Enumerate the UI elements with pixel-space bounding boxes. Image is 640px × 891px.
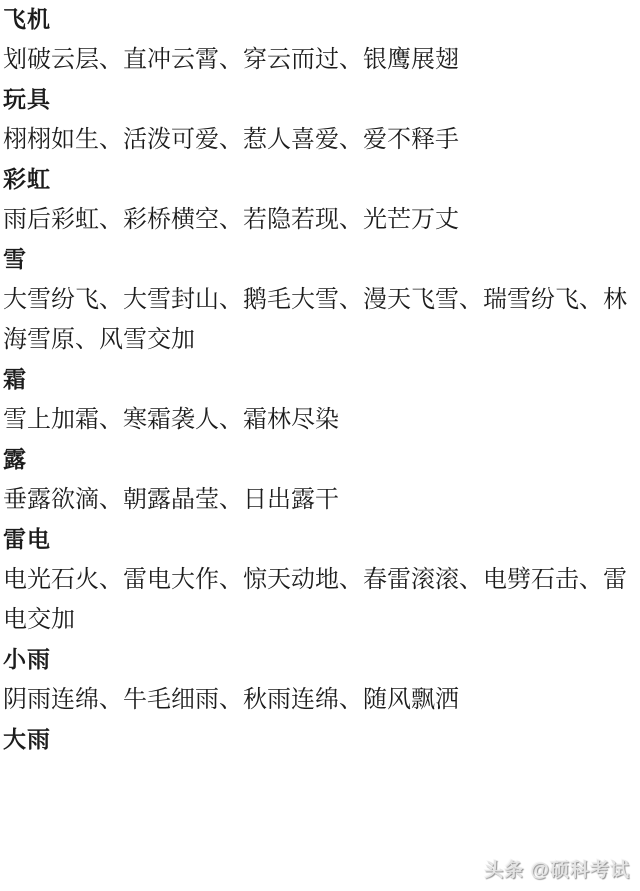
section-wanju: 玩具 栩栩如生、活泼可爱、惹人喜爱、爱不释手 — [3, 80, 635, 160]
section-leidian: 雷电 电光石火、雷电大作、惊天动地、春雷滚滚、电劈石击、雷电交加 — [3, 520, 635, 640]
section-phrases: 电光石火、雷电大作、惊天动地、春雷滚滚、电劈石击、雷电交加 — [3, 560, 635, 640]
section-heading: 露 — [3, 440, 635, 480]
section-heading: 霜 — [3, 360, 635, 400]
section-shuang: 霜 雪上加霜、寒霜袭人、霜林尽染 — [3, 360, 635, 440]
section-feiji: 飞机 划破云层、直冲云霄、穿云而过、银鹰展翅 — [3, 0, 635, 80]
section-heading: 飞机 — [3, 0, 635, 40]
document-page: 飞机 划破云层、直冲云霄、穿云而过、银鹰展翅 玩具 栩栩如生、活泼可爱、惹人喜爱… — [0, 0, 640, 891]
section-xiaoyu: 小雨 阴雨连绵、牛毛细雨、秋雨连绵、随风飘洒 — [3, 640, 635, 720]
section-dayu: 大雨 — [3, 720, 635, 760]
section-heading: 雪 — [3, 240, 635, 280]
section-phrases: 大雪纷飞、大雪封山、鹅毛大雪、漫天飞雪、瑞雪纷飞、林海雪原、风雪交加 — [3, 280, 635, 360]
watermark: 头条 @硕科考试 — [484, 855, 630, 882]
section-phrases: 阴雨连绵、牛毛细雨、秋雨连绵、随风飘洒 — [3, 680, 635, 720]
section-caihong: 彩虹 雨后彩虹、彩桥横空、若隐若现、光芒万丈 — [3, 160, 635, 240]
section-phrases: 雨后彩虹、彩桥横空、若隐若现、光芒万丈 — [3, 200, 635, 240]
section-heading: 雷电 — [3, 520, 635, 560]
section-phrases: 划破云层、直冲云霄、穿云而过、银鹰展翅 — [3, 40, 635, 80]
section-heading: 玩具 — [3, 80, 635, 120]
section-heading: 大雨 — [3, 720, 635, 760]
section-heading: 彩虹 — [3, 160, 635, 200]
section-lu: 露 垂露欲滴、朝露晶莹、日出露干 — [3, 440, 635, 520]
section-phrases: 雪上加霜、寒霜袭人、霜林尽染 — [3, 400, 635, 440]
section-phrases: 垂露欲滴、朝露晶莹、日出露干 — [3, 480, 635, 520]
section-phrases: 栩栩如生、活泼可爱、惹人喜爱、爱不释手 — [3, 120, 635, 160]
section-xue: 雪 大雪纷飞、大雪封山、鹅毛大雪、漫天飞雪、瑞雪纷飞、林海雪原、风雪交加 — [3, 240, 635, 360]
section-heading: 小雨 — [3, 640, 635, 680]
